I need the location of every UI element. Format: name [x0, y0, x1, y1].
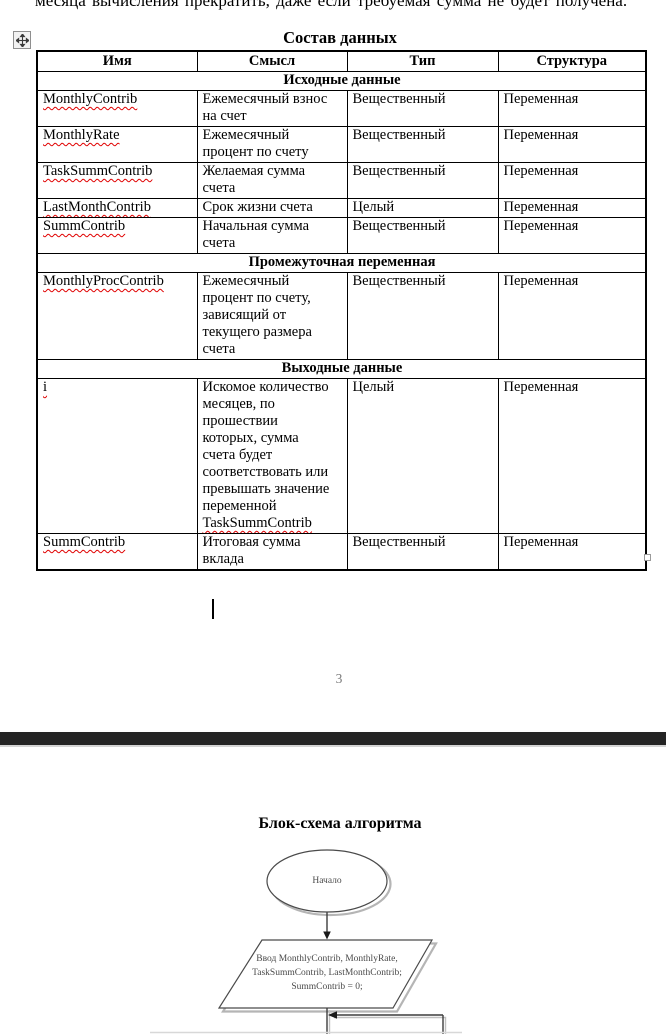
header-type[interactable]: Тип	[347, 51, 498, 72]
cell-structure[interactable]: Переменная	[498, 534, 646, 571]
cell-type[interactable]: Вещественный	[347, 273, 498, 360]
flowchart-title: Блок-схема алгоритма	[0, 815, 666, 833]
cell-type[interactable]: Вещественный	[347, 127, 498, 163]
cell-name[interactable]: TaskSummContrib	[37, 163, 197, 199]
cell-name[interactable]: MonthlyContrib	[37, 91, 197, 127]
table-section-row: Промежуточная переменная	[37, 254, 646, 273]
cell-name[interactable]: i	[37, 379, 197, 534]
cell-meaning[interactable]: Итоговая суммавклада	[197, 534, 347, 571]
table-row: MonthlyProcContribЕжемесячныйпроцент по …	[37, 273, 646, 360]
cell-name[interactable]: LastMonthContrib	[37, 199, 197, 218]
table-header-row: Имя Смысл Тип Структура	[37, 51, 646, 72]
cell-meaning[interactable]: Ежемесячныйпроцент по счету,зависящий от…	[197, 273, 347, 360]
table-row: TaskSummContribЖелаемая суммасчетаВещест…	[37, 163, 646, 199]
cell-structure[interactable]: Переменная	[498, 273, 646, 360]
cell-meaning[interactable]: Желаемая суммасчета	[197, 163, 347, 199]
cell-type[interactable]: Целый	[347, 379, 498, 534]
page-separator-edge	[0, 745, 666, 747]
data-composition-table: Имя Смысл Тип Структура Исходные данныеM…	[36, 50, 647, 571]
cell-type[interactable]: Целый	[347, 199, 498, 218]
cell-structure[interactable]: Переменная	[498, 91, 646, 127]
section-label[interactable]: Выходные данные	[37, 360, 646, 379]
page-separator-bar	[0, 732, 666, 745]
cell-meaning[interactable]: Срок жизни счета	[197, 199, 347, 218]
cell-name[interactable]: MonthlyProcContrib	[37, 273, 197, 360]
table-section-row: Выходные данные	[37, 360, 646, 379]
header-structure[interactable]: Структура	[498, 51, 646, 72]
cell-name[interactable]: SummContrib	[37, 218, 197, 254]
section-label[interactable]: Исходные данные	[37, 72, 646, 91]
table-resize-handle[interactable]	[644, 554, 651, 561]
table-section-row: Исходные данные	[37, 72, 646, 91]
cell-structure[interactable]: Переменная	[498, 379, 646, 534]
cell-name[interactable]: SummContrib	[37, 534, 197, 571]
table-row: LastMonthContribСрок жизни счетаЦелыйПер…	[37, 199, 646, 218]
text-cursor	[212, 599, 214, 619]
header-meaning[interactable]: Смысл	[197, 51, 347, 72]
cell-structure[interactable]: Переменная	[498, 163, 646, 199]
table-row: iИскомое количествомесяцев, попрошествии…	[37, 379, 646, 534]
paragraph-text-clipped: месяца вычисления прекратить, даже если …	[35, 0, 655, 10]
table-row: MonthlyContribЕжемесячный взносна счетВе…	[37, 91, 646, 127]
cell-structure[interactable]: Переменная	[498, 218, 646, 254]
table-row: SummContribНачальная суммасчетаВеществен…	[37, 218, 646, 254]
cell-structure[interactable]: Переменная	[498, 199, 646, 218]
cell-type[interactable]: Вещественный	[347, 218, 498, 254]
flowchart-start-label: Начало	[267, 874, 387, 888]
page-number: 3	[0, 671, 666, 687]
loop-line-shadow	[334, 1018, 446, 1034]
table-row: MonthlyRateЕжемесячныйпроцент по счетуВе…	[37, 127, 646, 163]
cell-type[interactable]: Вещественный	[347, 91, 498, 127]
arrow-head-down	[323, 932, 331, 940]
cell-name[interactable]: MonthlyRate	[37, 127, 197, 163]
header-name[interactable]: Имя	[37, 51, 197, 72]
cell-meaning[interactable]: Ежемесячныйпроцент по счету	[197, 127, 347, 163]
arrow-head-left	[328, 1011, 337, 1019]
cell-meaning[interactable]: Ежемесячный взносна счет	[197, 91, 347, 127]
flowchart-input-label: Ввод MonthlyContrib, MonthlyRate, TaskSu…	[230, 952, 424, 994]
table-title: Состав данных	[0, 28, 666, 48]
document-viewport: { "page1": { "top_text": "месяца вычисле…	[0, 0, 666, 1034]
cell-type[interactable]: Вещественный	[347, 534, 498, 571]
cell-meaning[interactable]: Начальная суммасчета	[197, 218, 347, 254]
cell-type[interactable]: Вещественный	[347, 163, 498, 199]
cell-structure[interactable]: Переменная	[498, 127, 646, 163]
section-label[interactable]: Промежуточная переменная	[37, 254, 646, 273]
table-row: SummContribИтоговая суммавкладаВеществен…	[37, 534, 646, 571]
cell-meaning[interactable]: Искомое количествомесяцев, попрошествиик…	[197, 379, 347, 534]
